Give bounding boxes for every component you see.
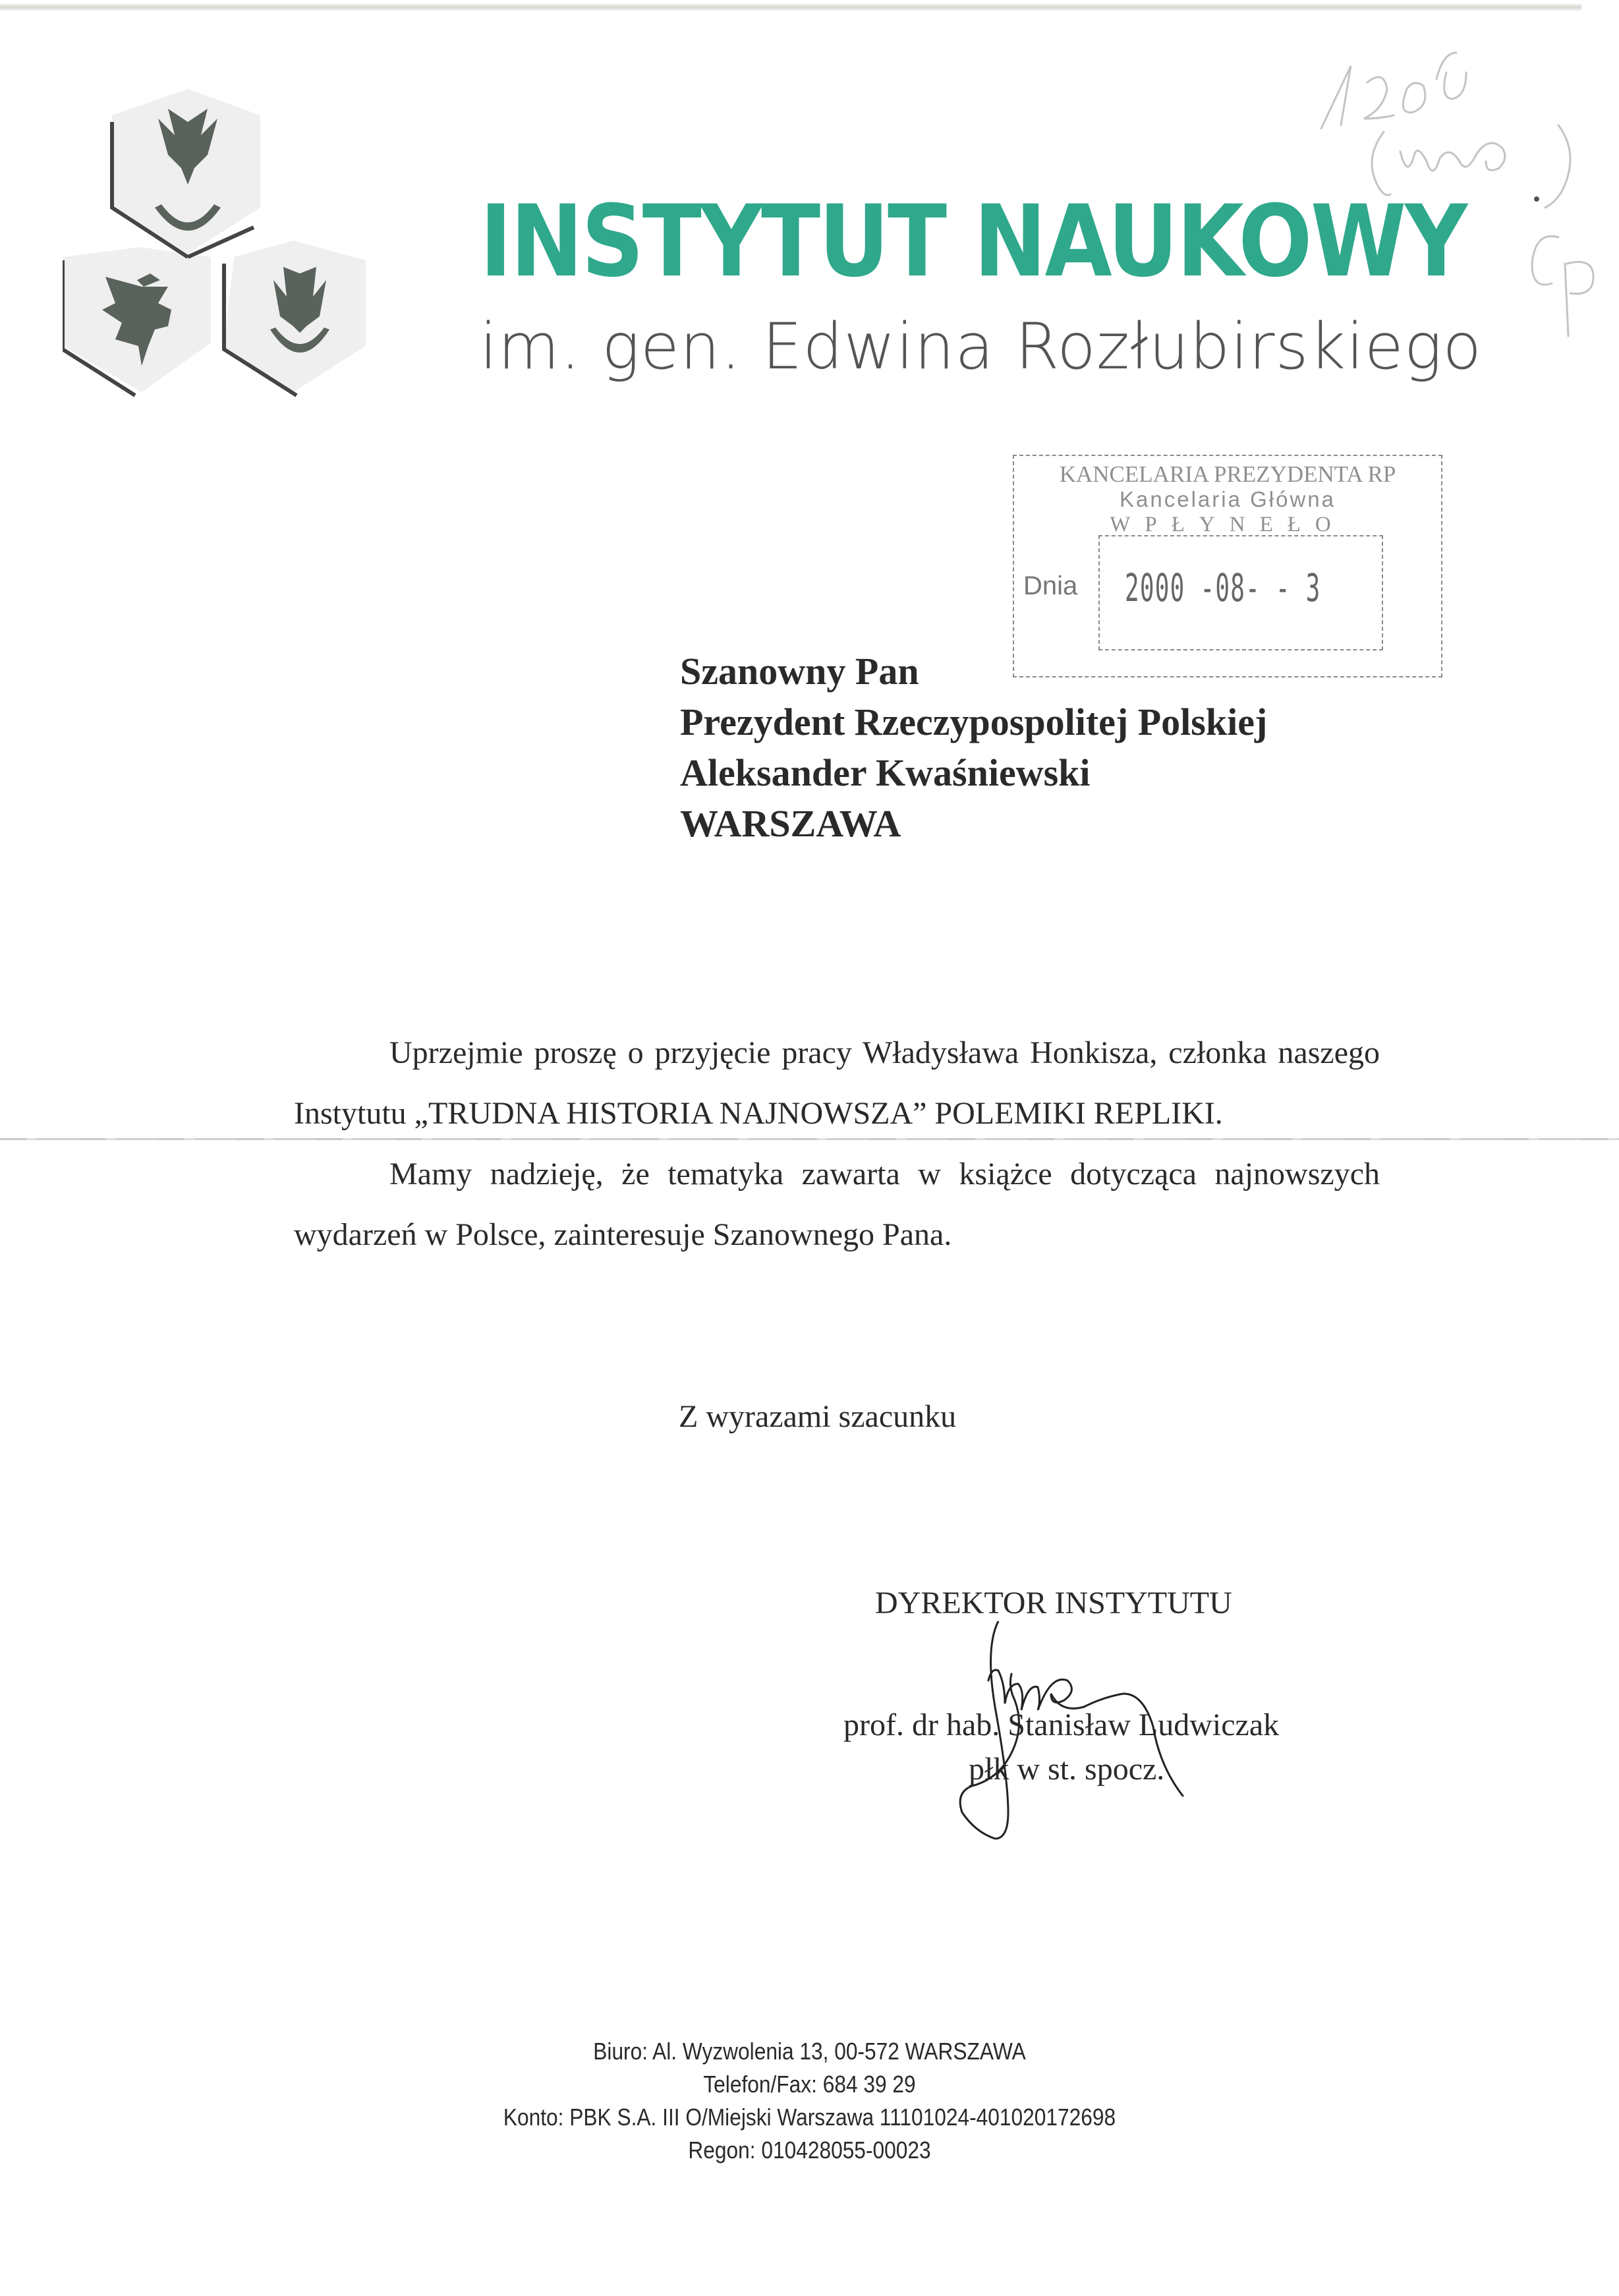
- footer-address: Biuro: Al. Wyzwolenia 13, 00-572 WARSZAW…: [97, 2035, 1521, 2068]
- scan-top-edge: [0, 4, 1581, 11]
- stamp-date-box: 2000 -08- - 3: [1098, 535, 1383, 650]
- handwritten-signature: [936, 1621, 1265, 1852]
- stamp-date-label: Dnia: [1023, 571, 1077, 601]
- handwritten-pencil-annotation: [1305, 26, 1608, 409]
- stamp-received-label: WPŁYNEŁO: [1014, 513, 1441, 537]
- recipient-city: WARSZAWA: [680, 798, 1267, 849]
- stamp-office: KANCELARIA PREZYDENTA RP: [1014, 461, 1441, 488]
- letterhead-footer: Biuro: Al. Wyzwolenia 13, 00-572 WARSZAW…: [0, 2035, 1619, 2167]
- received-stamp: KANCELARIA PREZYDENTA RP Kancelaria Głów…: [1013, 455, 1442, 677]
- recipient-salutation: Szanowny Pan: [680, 646, 1267, 697]
- footer-phone: Telefon/Fax: 684 39 29: [97, 2068, 1521, 2101]
- body-paragraph-2: Mamy nadzieję, że tematyka zawarta w ksi…: [294, 1144, 1380, 1265]
- footer-account: Konto: PBK S.A. III O/Miejski Warszawa 1…: [97, 2101, 1521, 2134]
- footer-regon: Regon: 010428055-00023: [97, 2134, 1521, 2167]
- recipient-title: Prezydent Rzeczypospolitej Polskiej: [680, 697, 1267, 747]
- three-hexagon-eagle-emblems-icon: [63, 82, 418, 425]
- letter-body: Uprzejmie proszę o przyjęcie pracy Włady…: [294, 1023, 1380, 1265]
- recipient-name: Aleksander Kwaśniewski: [680, 747, 1267, 798]
- closing-phrase: Z wyrazami szacunku: [679, 1398, 956, 1435]
- body-paragraph-1: Uprzejmie proszę o przyjęcie pracy Włady…: [294, 1023, 1380, 1144]
- stamp-date-value: 2000 -08- - 3: [1125, 565, 1321, 610]
- stamp-department: Kancelaria Główna: [1014, 487, 1441, 512]
- signatory-position: DYREKTOR INSTYTUTU: [875, 1585, 1232, 1621]
- recipient-block: Szanowny Pan Prezydent Rzeczypospolitej …: [680, 646, 1267, 849]
